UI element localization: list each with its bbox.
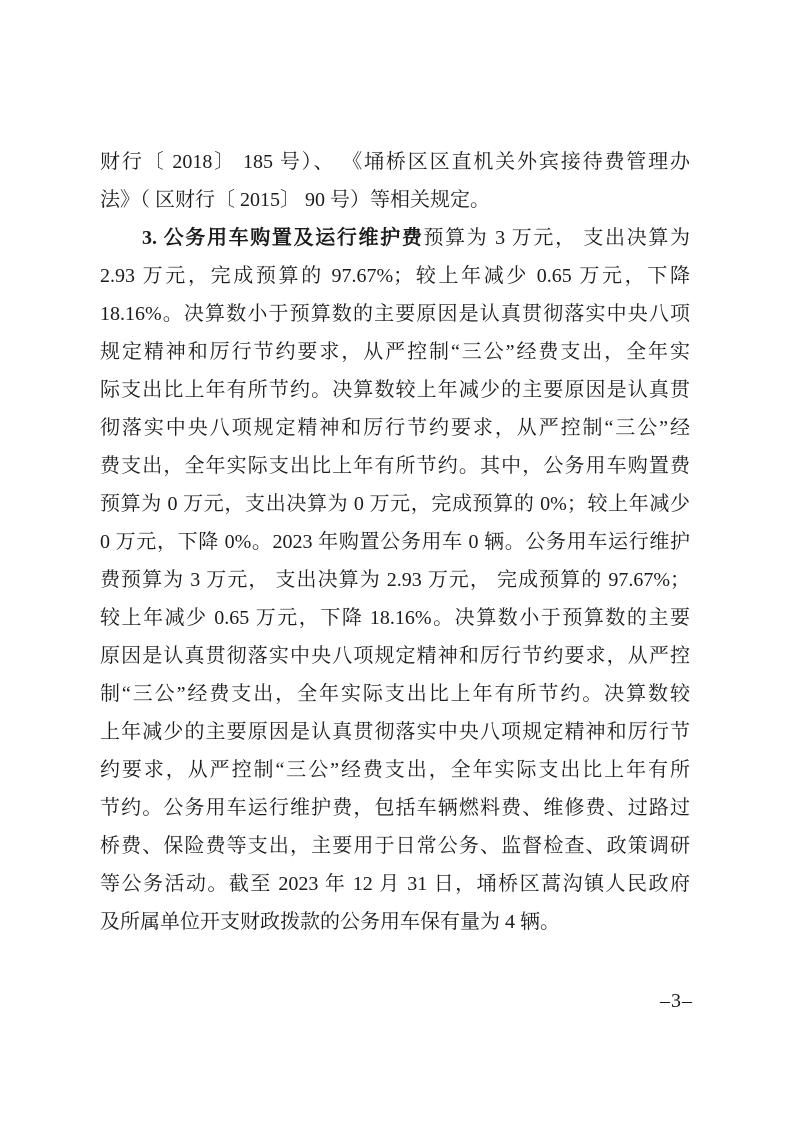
body-text-line: 费支出，全年实际支出比上年有所节约。其中，公务用车购置费 [100, 447, 690, 485]
body-text-line: 费预算为 3 万元， 支出决算为 2.93 万元， 完成预算的 97.67%； [100, 561, 690, 599]
document-page: 财行〔 2018〕 185 号）、 《埇桥区区直机关外宾接待费管理办 法》（ 区… [0, 0, 793, 1122]
body-text-line: 法》（ 区财行〔 2015〕 90 号）等相关规定。 [100, 181, 690, 219]
body-text-line: 预算为 0 万元，支出决算为 0 万元，完成预算的 0%；较上年减少 [100, 485, 690, 523]
body-text-line: 制“三公”经费支出，全年实际支出比上年有所节约。决算数较 [100, 675, 690, 713]
body-text-line: 约要求，从严控制“三公”经费支出，全年实际支出比上年有所 [100, 751, 690, 789]
body-text-line: 及所属单位开支财政拨款的公务用车保有量为 4 辆。 [100, 903, 690, 941]
body-text-line: 等公务活动。截至 2023 年 12 月 31 日，埇桥区蒿沟镇人民政府 [100, 865, 690, 903]
body-text-line: 2.93 万元，完成预算的 97.67%；较上年减少 0.65 万元，下降 [100, 257, 690, 295]
body-text-line: 桥费、保险费等支出，主要用于日常公务、监督检查、政策调研 [100, 827, 690, 865]
body-text-line: 较上年减少 0.65 万元，下降 18.16%。决算数小于预算数的主要 [100, 599, 690, 637]
body-text-line: 原因是认真贯彻落实中央八项规定精神和厉行节约要求，从严控 [100, 637, 690, 675]
body-text-line: 规定精神和厉行节约要求，从严控制“三公”经费支出，全年实 [100, 333, 690, 371]
page-number: –3– [660, 988, 693, 1014]
section-heading-bold-text: 3. 公务用车购置及运行维护费 [142, 227, 424, 249]
body-text-line: 财行〔 2018〕 185 号）、 《埇桥区区直机关外宾接待费管理办 [100, 143, 690, 181]
body-text-line: 18.16%。决算数小于预算数的主要原因是认真贯彻落实中央八项 [100, 295, 690, 333]
section-heading-rest-text: 预算为 3 万元， 支出决算为 [424, 227, 691, 249]
body-text-line: 彻落实中央八项规定精神和厉行节约要求，从严控制“三公”经 [100, 409, 690, 447]
document-body: 财行〔 2018〕 185 号）、 《埇桥区区直机关外宾接待费管理办 法》（ 区… [100, 143, 690, 941]
body-text-line: 0 万元，下降 0%。2023 年购置公务用车 0 辆。公务用车运行维护 [100, 523, 690, 561]
body-text-line: 节约。公务用车运行维护费，包括车辆燃料费、维修费、过路过 [100, 789, 690, 827]
body-text-line: 上年减少的主要原因是认真贯彻落实中央八项规定精神和厉行节 [100, 713, 690, 751]
body-text-line: 际支出比上年有所节约。决算数较上年减少的主要原因是认真贯 [100, 371, 690, 409]
body-text-line-section-heading: 3. 公务用车购置及运行维护费预算为 3 万元， 支出决算为 [100, 219, 690, 257]
